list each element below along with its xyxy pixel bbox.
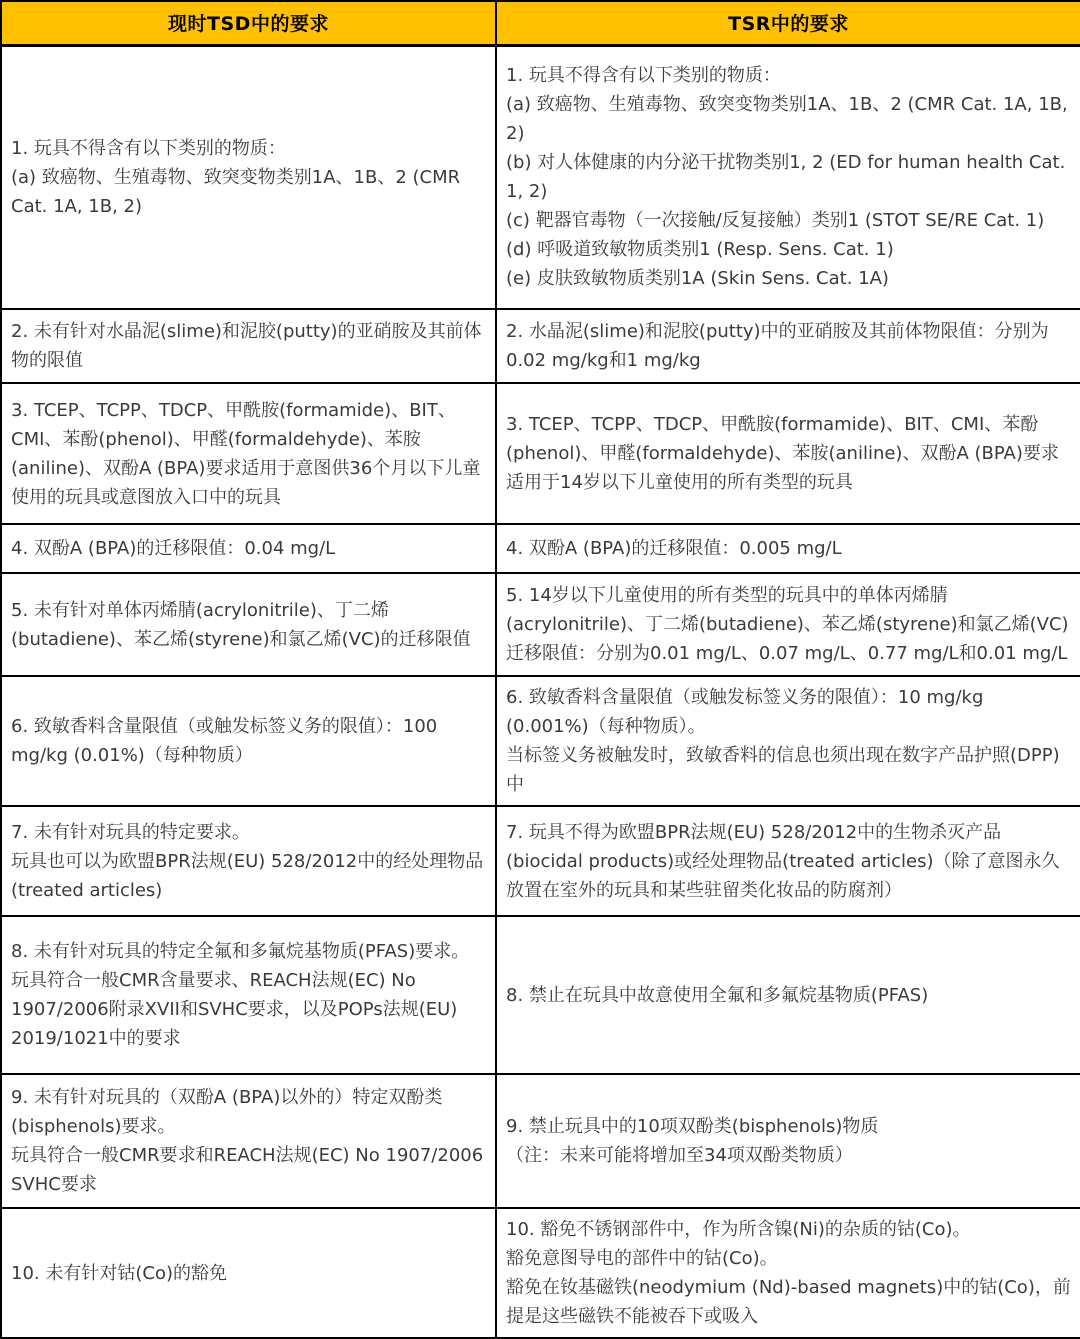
header-tsd: 现时TSD中的要求 (1, 1, 496, 45)
table-row: 9. 未有针对玩具的（双酚A (BPA)以外的）特定双酚类(bisphenols… (1, 1074, 1080, 1208)
table-row: 3. TCEP、TCPP、TDCP、甲酰胺(formamide)、BIT、CMI… (1, 383, 1080, 524)
tsd-requirement-cell: 8. 未有针对玩具的特定全氟和多氟烷基物质(PFAS)要求。 玩具符合一般CMR… (1, 916, 496, 1074)
tsr-requirement-cell: 2. 水晶泥(slime)和泥胶(putty)中的亚硝胺及其前体物限值：分别为0… (496, 309, 1080, 383)
table-row: 1. 玩具不得含有以下类别的物质： (a) 致癌物、生殖毒物、致突变物类别1A、… (1, 45, 1080, 309)
tsr-requirement-cell: 9. 禁止玩具中的10项双酚类(bisphenols)物质 （注：未来可能将增加… (496, 1074, 1080, 1208)
tsd-requirement-cell: 1. 玩具不得含有以下类别的物质： (a) 致癌物、生殖毒物、致突变物类别1A、… (1, 45, 496, 309)
tsd-requirement-cell: 6. 致敏香料含量限值（或触发标签义务的限值）：100 mg/kg (0.01%… (1, 676, 496, 806)
table-row: 7. 未有针对玩具的特定要求。 玩具也可以为欧盟BPR法规(EU) 528/20… (1, 806, 1080, 916)
table-row: 8. 未有针对玩具的特定全氟和多氟烷基物质(PFAS)要求。 玩具符合一般CMR… (1, 916, 1080, 1074)
tsd-requirement-cell: 9. 未有针对玩具的（双酚A (BPA)以外的）特定双酚类(bisphenols… (1, 1074, 496, 1208)
tsr-requirement-cell: 7. 玩具不得为欧盟BPR法规(EU) 528/2012中的生物杀灭产品(bio… (496, 806, 1080, 916)
tsd-tsr-comparison-table: 现时TSD中的要求 TSR中的要求 1. 玩具不得含有以下类别的物质： (a) … (0, 0, 1080, 1339)
tsd-requirement-cell: 5. 未有针对单体丙烯腈(acrylonitrile)、丁二烯(butadien… (1, 573, 496, 676)
tsr-requirement-cell: 1. 玩具不得含有以下类别的物质： (a) 致癌物、生殖毒物、致突变物类别1A、… (496, 45, 1080, 309)
tsr-requirement-cell: 6. 致敏香料含量限值（或触发标签义务的限值）：10 mg/kg (0.001%… (496, 676, 1080, 806)
table-row: 6. 致敏香料含量限值（或触发标签义务的限值）：100 mg/kg (0.01%… (1, 676, 1080, 806)
table-row: 2. 未有针对水晶泥(slime)和泥胶(putty)的亚硝胺及其前体物的限值 … (1, 309, 1080, 383)
tsd-requirement-cell: 10. 未有针对钴(Co)的豁免 (1, 1208, 496, 1338)
tsr-requirement-cell: 10. 豁免不锈钢部件中，作为所含镍(Ni)的杂质的钴(Co)。 豁免意图导电的… (496, 1208, 1080, 1338)
table-row: 10. 未有针对钴(Co)的豁免 10. 豁免不锈钢部件中，作为所含镍(Ni)的… (1, 1208, 1080, 1338)
tsr-requirement-cell: 4. 双酚A (BPA)的迁移限值：0.005 mg/L (496, 524, 1080, 573)
tsd-requirement-cell: 4. 双酚A (BPA)的迁移限值：0.04 mg/L (1, 524, 496, 573)
tsd-requirement-cell: 7. 未有针对玩具的特定要求。 玩具也可以为欧盟BPR法规(EU) 528/20… (1, 806, 496, 916)
table-row: 4. 双酚A (BPA)的迁移限值：0.04 mg/L 4. 双酚A (BPA)… (1, 524, 1080, 573)
tsd-requirement-cell: 3. TCEP、TCPP、TDCP、甲酰胺(formamide)、BIT、CMI… (1, 383, 496, 524)
tsr-requirement-cell: 5. 14岁以下儿童使用的所有类型的玩具中的单体丙烯腈(acrylonitril… (496, 573, 1080, 676)
tsr-requirement-cell: 3. TCEP、TCPP、TDCP、甲酰胺(formamide)、BIT、CMI… (496, 383, 1080, 524)
tsd-requirement-cell: 2. 未有针对水晶泥(slime)和泥胶(putty)的亚硝胺及其前体物的限值 (1, 309, 496, 383)
header-row: 现时TSD中的要求 TSR中的要求 (1, 1, 1080, 45)
tsr-requirement-cell: 8. 禁止在玩具中故意使用全氟和多氟烷基物质(PFAS) (496, 916, 1080, 1074)
table-row: 5. 未有针对单体丙烯腈(acrylonitrile)、丁二烯(butadien… (1, 573, 1080, 676)
header-tsr: TSR中的要求 (496, 1, 1080, 45)
